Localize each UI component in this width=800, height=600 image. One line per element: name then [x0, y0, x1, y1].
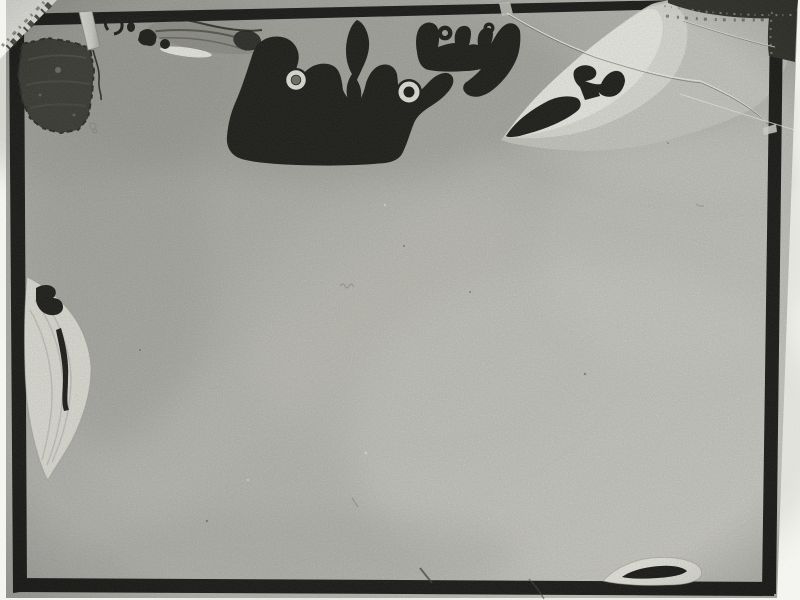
- artwork-photo-stage: [0, 0, 800, 600]
- vignette-overlay: [6, 0, 798, 598]
- artwork-photo: [0, 0, 800, 600]
